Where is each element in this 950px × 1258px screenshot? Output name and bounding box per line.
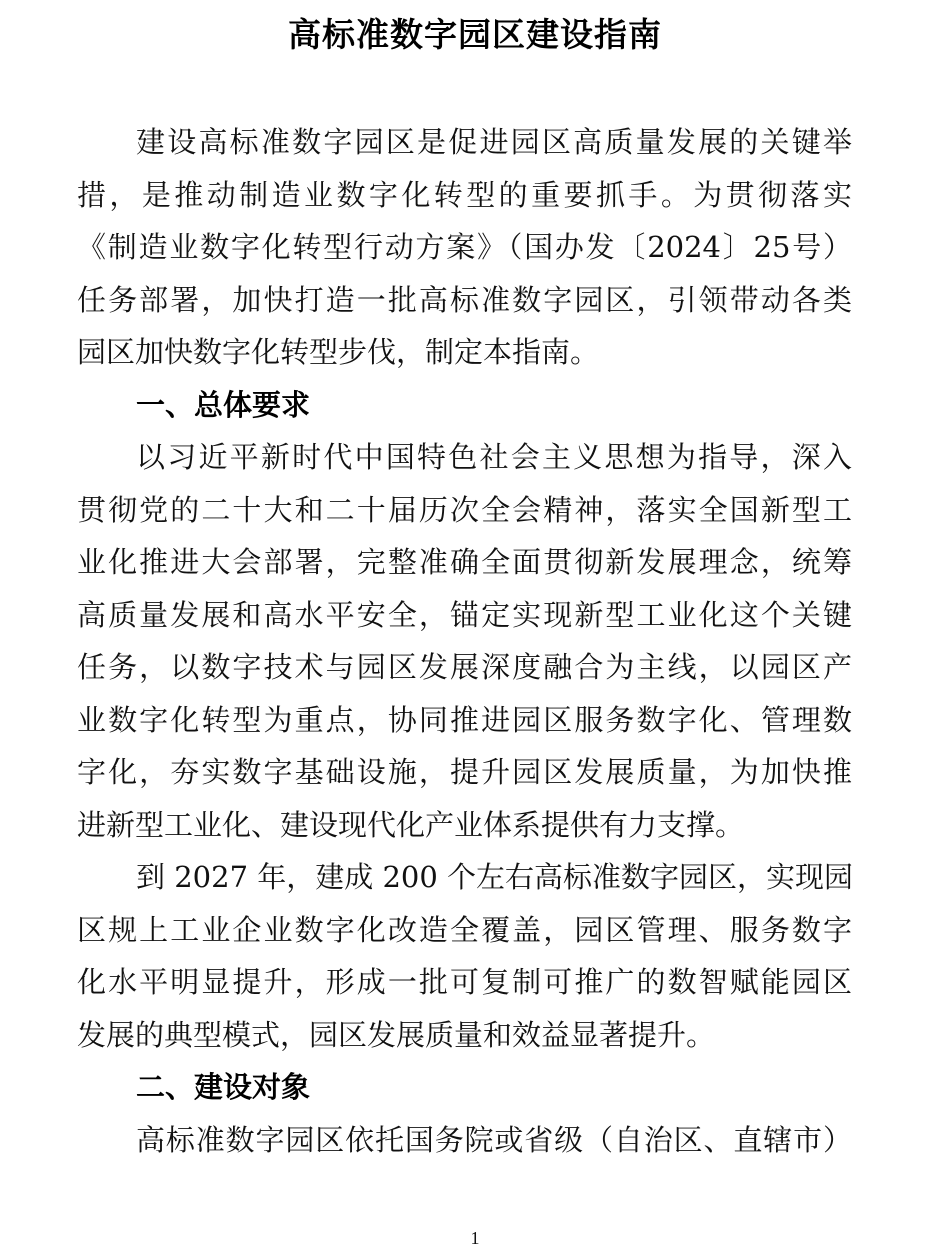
paragraph-line: 《制造业数字化转型行动方案》（国办发〔2024〕25号） (77, 221, 852, 274)
paragraph-line: 建设高标准数字园区是促进园区高质量发展的关键举 (77, 116, 852, 169)
paragraph-line: 化水平明显提升，形成一批可复制可推广的数智赋能园区 (77, 956, 852, 1009)
section-heading-general-requirements: 一、总体要求 (77, 379, 852, 432)
paragraph-line: 区规上工业企业数字化改造全覆盖，园区管理、服务数字 (77, 904, 852, 957)
section-heading-construction-targets: 二、建设对象 (77, 1061, 852, 1114)
document-title: 高标准数字园区建设指南 (0, 12, 950, 58)
paragraph-line: 业化推进大会部署，完整准确全面贯彻新发展理念，统筹 (77, 536, 852, 589)
paragraph-line: 高质量发展和高水平安全，锚定实现新型工业化这个关键 (77, 589, 852, 642)
paragraph-line: 字化，夯实数字基础设施，提升园区发展质量，为加快推 (77, 746, 852, 799)
paragraph-line: 园区加快数字化转型步伐，制定本指南。 (77, 326, 852, 379)
paragraph-line: 措，是推动制造业数字化转型的重要抓手。为贯彻落实 (77, 169, 852, 222)
general-requirements-paragraph-2: 到 2027 年，建成 200 个左右高标准数字园区，实现园 区规上工业企业数字… (77, 851, 852, 1061)
paragraph-line: 进新型工业化、建设现代化产业体系提供有力支撑。 (77, 799, 852, 852)
document-page: 高标准数字园区建设指南 建设高标准数字园区是促进园区高质量发展的关键举 措，是推… (0, 0, 950, 1258)
paragraph-line: 以习近平新时代中国特色社会主义思想为指导，深入 (77, 431, 852, 484)
paragraph-line: 到 2027 年，建成 200 个左右高标准数字园区，实现园 (77, 851, 852, 904)
paragraph-line: 贯彻党的二十大和二十届历次全会精神，落实全国新型工 (77, 484, 852, 537)
construction-targets-paragraph-1: 高标准数字园区依托国务院或省级（自治区、直辖市） (77, 1114, 852, 1167)
paragraph-line: 业数字化转型为重点，协同推进园区服务数字化、管理数 (77, 694, 852, 747)
page-number: 1 (0, 1226, 950, 1250)
paragraph-line: 任务部署，加快打造一批高标准数字园区，引领带动各类 (77, 274, 852, 327)
paragraph-line: 任务，以数字技术与园区发展深度融合为主线，以园区产 (77, 641, 852, 694)
document-body: 建设高标准数字园区是促进园区高质量发展的关键举 措，是推动制造业数字化转型的重要… (77, 116, 852, 1166)
general-requirements-paragraph-1: 以习近平新时代中国特色社会主义思想为指导，深入 贯彻党的二十大和二十届历次全会精… (77, 431, 852, 851)
intro-paragraph: 建设高标准数字园区是促进园区高质量发展的关键举 措，是推动制造业数字化转型的重要… (77, 116, 852, 379)
paragraph-line: 高标准数字园区依托国务院或省级（自治区、直辖市） (77, 1114, 852, 1167)
paragraph-line: 发展的典型模式，园区发展质量和效益显著提升。 (77, 1009, 852, 1062)
